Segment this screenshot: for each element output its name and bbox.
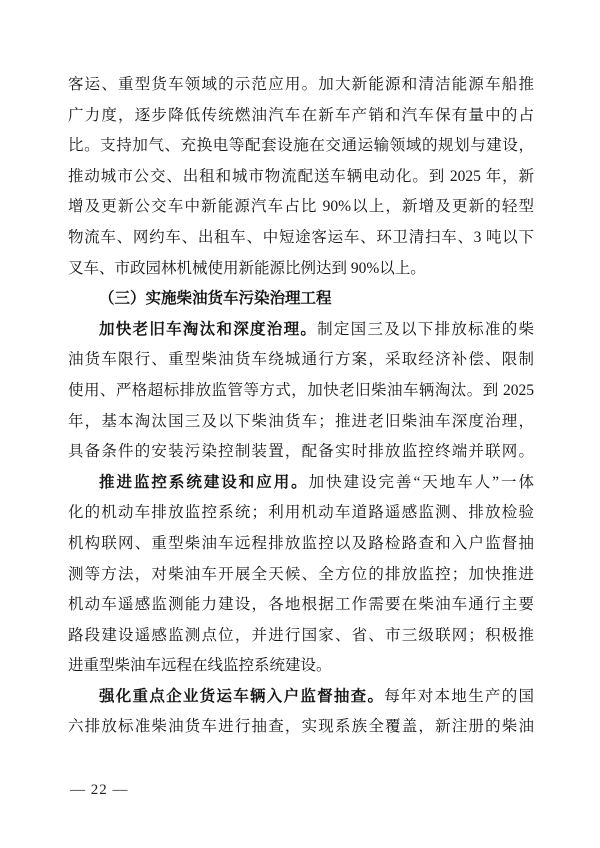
document-page: 客运、重型货车领域的示范应用。加大新能源和清洁能源车船推广力度，逐步降低传统燃油… (0, 0, 600, 848)
text-line-bold-lead: 推进监控系统建设和应用。 (99, 474, 309, 491)
text-line-body: 物流车、网约车、出租车、中短途客运车、环卫清扫车、3 吨以下 (68, 229, 534, 246)
text-line: 叉车、市政园林机械使用新能源比例达到 90%以上。 (68, 254, 534, 285)
page-footer: — 22 — (70, 782, 129, 799)
page-number: — 22 — (70, 782, 129, 798)
text-line-bold-lead: 强化重点企业货运车辆入户监督抽查。 (99, 688, 384, 705)
text-line: 六排放标准柴油货车进行抽查，实现系族全覆盖，新注册的柴油 (68, 712, 534, 743)
text-line-body: 加快建设完善“天地车人”一体 (309, 474, 534, 491)
text-line-body: 进重型柴油车远程在线监控系统建设。 (68, 657, 332, 674)
text-line: 推动城市公交、出租和城市物流配送车辆电动化。到 2025 年，新 (68, 162, 534, 193)
text-line-body: 比。支持加气、充换电等配套设施在交通运输领域的规划与建设， (68, 137, 534, 154)
text-line: 具备条件的安装污染控制装置，配备实时排放监控终端并联网。 (68, 437, 534, 468)
text-line-body: 每年对本地生产的国 (384, 688, 534, 705)
text-line: 推进监控系统建设和应用。加快建设完善“天地车人”一体 (68, 468, 534, 499)
text-line-body: 路段建设遥感监测点位，并进行国家、省、市三级联网；积极推 (68, 627, 534, 644)
text-line: 路段建设遥感监测点位，并进行国家、省、市三级联网；积极推 (68, 621, 534, 652)
text-line: 增及更新公交车中新能源汽车占比 90%以上，新增及更新的轻型 (68, 192, 534, 223)
text-line: 使用、严格超标排放监管等方式，加快老旧柴油车辆淘汰。到 2025 (68, 376, 534, 407)
text-line: 年，基本淘汰国三及以下柴油货车；推进老旧柴油车深度治理， (68, 407, 534, 438)
text-line-body: 增及更新公交车中新能源汽车占比 90%以上，新增及更新的轻型 (68, 198, 534, 215)
text-line-body: 机动车遥感监测能力建设，各地根据工作需要在柴油车通行主要 (68, 596, 534, 613)
text-line: 化的机动车排放监控系统；利用机动车道路遥感监测、排放检验 (68, 498, 534, 529)
text-line-body: 叉车、市政园林机械使用新能源比例达到 90%以上。 (68, 260, 426, 277)
text-line: 客运、重型货车领域的示范应用。加大新能源和清洁能源车船推 (68, 70, 534, 101)
text-line: 广力度，逐步降低传统燃油汽车在新车产销和汽车保有量中的占 (68, 101, 534, 132)
text-line: （三）实施柴油货车污染治理工程 (68, 284, 534, 315)
text-line-body: 年，基本淘汰国三及以下柴油货车；推进老旧柴油车深度治理， (68, 413, 534, 430)
text-line-body: 使用、严格超标排放监管等方式，加快老旧柴油车辆淘汰。到 2025 (68, 382, 534, 399)
text-line: 油货车限行、重型柴油货车绕城通行方案，采取经济补偿、限制 (68, 345, 534, 376)
text-line: 进重型柴油车远程在线监控系统建设。 (68, 651, 534, 682)
text-line-body: 机构联网、重型柴油车远程排放监控以及路检路查和入户监督抽 (68, 535, 534, 552)
text-line-body: 测等方法，对柴油车开展全天候、全方位的排放监控；加快推进 (68, 566, 534, 583)
text-line: 比。支持加气、充换电等配套设施在交通运输领域的规划与建设， (68, 131, 534, 162)
text-line-body: 油货车限行、重型柴油货车绕城通行方案，采取经济补偿、限制 (68, 351, 534, 368)
text-line-body: 六排放标准柴油货车进行抽查，实现系族全覆盖，新注册的柴油 (68, 718, 534, 735)
text-line-body: 客运、重型货车领域的示范应用。加大新能源和清洁能源车船推 (68, 76, 534, 93)
text-line-body: 制定国三及以下排放标准的柴 (317, 321, 534, 338)
text-line: 强化重点企业货运车辆入户监督抽查。每年对本地生产的国 (68, 682, 534, 713)
text-line-body: 具备条件的安装污染控制装置，配备实时排放监控终端并联网。 (68, 443, 534, 460)
text-line: 物流车、网约车、出租车、中短途客运车、环卫清扫车、3 吨以下 (68, 223, 534, 254)
text-line-body: 广力度，逐步降低传统燃油汽车在新车产销和汽车保有量中的占 (68, 107, 534, 124)
document-body: 客运、重型货车领域的示范应用。加大新能源和清洁能源车船推广力度，逐步降低传统燃油… (68, 70, 534, 743)
text-line-bold-lead: （三）实施柴油货车污染治理工程 (99, 290, 332, 307)
text-line: 机动车遥感监测能力建设，各地根据工作需要在柴油车通行主要 (68, 590, 534, 621)
text-line: 机构联网、重型柴油车远程排放监控以及路检路查和入户监督抽 (68, 529, 534, 560)
text-line: 加快老旧车淘汰和深度治理。制定国三及以下排放标准的柴 (68, 315, 534, 346)
text-line-body: 化的机动车排放监控系统；利用机动车道路遥感监测、排放检验 (68, 504, 534, 521)
text-line: 测等方法，对柴油车开展全天候、全方位的排放监控；加快推进 (68, 560, 534, 591)
text-line-bold-lead: 加快老旧车淘汰和深度治理。 (99, 321, 317, 338)
text-line-body: 推动城市公交、出租和城市物流配送车辆电动化。到 2025 年，新 (68, 168, 534, 185)
